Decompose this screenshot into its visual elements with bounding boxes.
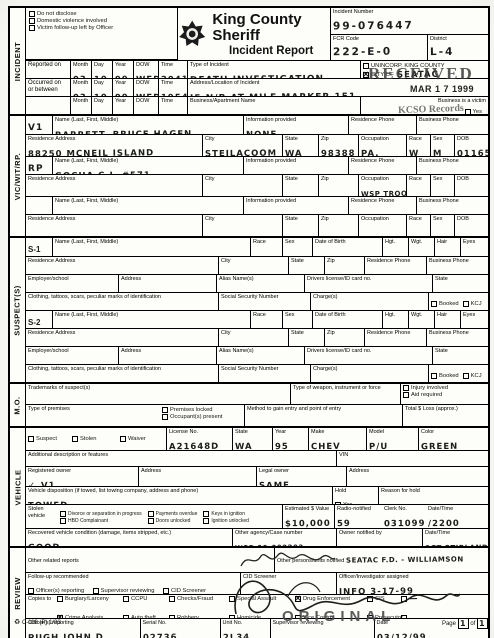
yes-label: Yes: [473, 109, 482, 115]
suspect-name-cell: Name (Last, First, Middle): [52, 238, 250, 256]
race-cell: Race: [250, 311, 282, 328]
checkbox: [229, 596, 235, 602]
registered-owner-label: Registered owner: [28, 468, 136, 475]
time-value: 2041: [161, 74, 187, 78]
section-vehicle: VEHICLE SuspectStolenWaiver VictimRecove…: [10, 426, 488, 546]
occupation-value: PA.: [361, 148, 380, 156]
occupation-label: Occupation: [361, 136, 404, 143]
reported-on-cell: Reported on: [26, 61, 70, 78]
occurred-day-cell: Day10: [91, 79, 112, 96]
person-code-cell: RP: [26, 157, 52, 174]
unincorp-label: UNINCORP. KING COUNTY: [371, 63, 445, 69]
city-label: City: [205, 176, 280, 183]
condition-label: Recovered vehicle condition (damage, ite…: [28, 530, 230, 537]
alias-cell: Alias Name(s): [216, 347, 304, 364]
cis-label: CIS: [375, 596, 385, 602]
incident-number-value: 99-076447: [333, 20, 414, 31]
booked-label: Booked: [439, 373, 459, 379]
ssn-cell: Social Security Number: [218, 293, 310, 310]
title-line2: Incident Report: [212, 45, 330, 57]
occupation-label: Occupation: [361, 176, 404, 183]
datetime-value: /2200: [428, 518, 460, 528]
disposition-cell: Vehicle disposition (if towed, list towi…: [26, 487, 332, 504]
alias-cell: Alias Name(s): [216, 275, 304, 292]
dow-label: DOW: [136, 80, 156, 87]
dob-label: Date of Birth: [315, 312, 380, 319]
trademarks-cell: Trademarks of suspect(s): [26, 384, 290, 404]
unincorp-option: UNINCORP. KING COUNTY: [363, 63, 486, 69]
hair-label: Hair: [437, 239, 458, 246]
residence-address-cell: Residence Address: [26, 329, 218, 346]
incident-content: Do not disclose Domestic violence involv…: [26, 8, 488, 114]
info-label: Information provided: [246, 198, 346, 205]
city-of-value: SEATAC: [397, 70, 439, 78]
vehicle-section-label-text: VEHICLE: [13, 469, 22, 505]
zip-label: Zip: [321, 216, 356, 223]
total-loss-cell: Total $ Loss (approx.): [402, 405, 488, 426]
waiver-label: Waiver: [128, 436, 146, 442]
address-label: Address: [349, 468, 486, 475]
kcj-label: KCJ: [471, 301, 482, 307]
checkbox: [463, 301, 469, 307]
hbd-label: HBD Complainant: [68, 518, 108, 524]
checkbox: [148, 511, 154, 517]
city-of-label: CITY OF: [371, 72, 394, 78]
registered-owner-address-cell: Address: [138, 467, 256, 486]
zip-cell: Zip: [318, 215, 358, 236]
suspects-content: S-1 Name (Last, First, Middle) Race Sex …: [26, 238, 488, 382]
review-section-label-text: REVIEW: [13, 577, 22, 610]
race-cell: Race: [406, 175, 430, 196]
checks-fraud-option: Checks/Fraud: [169, 596, 225, 602]
suspect-vehicle-option: Suspect: [28, 436, 68, 442]
zip-cell: Zip: [324, 257, 364, 274]
suspect-code-cell: S-1: [26, 238, 52, 256]
sex-cell: Sex: [430, 175, 454, 196]
checkbox: [123, 596, 129, 602]
state-cell: State: [288, 257, 324, 274]
followup-label: Follow-up recommended: [28, 574, 238, 581]
residence-phone-label: Residence Phone: [367, 258, 424, 265]
other-agency-label: Other agency/Case number: [235, 530, 334, 537]
page-label: Page: [442, 621, 456, 627]
persons-notified-line1: SEATAC F.D. - WILLIAMSON: [346, 554, 464, 565]
business-name-label: Business/Apartment Name: [190, 98, 358, 105]
info-value: NONE: [246, 129, 277, 134]
drivers-license-label: Drivers license/ID card no.: [307, 276, 430, 283]
race-label: Race: [409, 136, 428, 143]
checkbox: [148, 518, 154, 524]
section-mo: M.O. Trademarks of suspect(s) Type of we…: [10, 382, 488, 426]
injury-label: Injury involved: [411, 385, 448, 391]
reason-for-hold-label: Reason for hold: [381, 488, 486, 495]
race-label: Race: [253, 239, 280, 246]
flag-label: Do not disclose: [37, 11, 77, 17]
occurred-year-cell: Year99: [112, 79, 133, 96]
zip-label: Zip: [327, 258, 362, 265]
employer-address-cell: Address: [118, 347, 216, 364]
business-phone-cell: Business Phone: [416, 157, 488, 174]
type-of-incident-label: Type of Incident: [190, 62, 358, 69]
month-label: Month: [73, 98, 89, 105]
stolen-options-col3: Keys in ignition Ignition unlocked: [203, 506, 253, 528]
year-label: Year: [115, 80, 131, 87]
dob-cell: DOB: [454, 215, 488, 236]
make-value: CHEV: [311, 441, 341, 450]
city-label: City: [221, 330, 286, 337]
cid-screener-label: CID Screener: [243, 574, 334, 581]
type-of-incident-value: DEATH INVESTIGATION: [190, 74, 324, 78]
alias-label: Alias Name(s): [219, 276, 302, 283]
year-value: 99: [115, 92, 129, 96]
jurisdiction-cell: UNINCORP. KING COUNTY CITY OFSEATAC: [360, 61, 488, 78]
zip-cell: Zip: [318, 175, 358, 196]
injury-aid-cell: Injury involved Aid required: [400, 384, 488, 404]
person-name-cell: Name (Last, First, Middle): [52, 197, 243, 214]
fcr-code-value: 222-E-0: [333, 47, 392, 58]
premises-checks-cell: Premises locked Occupant(s) present: [160, 405, 244, 426]
registered-owner-cell: Registered owner✓ V1: [26, 467, 138, 486]
condition-cell: Recovered vehicle condition (damage, ite…: [26, 529, 232, 546]
zip-label: Zip: [327, 330, 362, 337]
special-assault-option: Special Assault: [229, 596, 291, 602]
blank-option: —: [401, 595, 419, 604]
vehicle-disposition-row: Vehicle disposition (if towed, list towi…: [26, 486, 488, 504]
business-phone-label: Business Phone: [419, 158, 486, 165]
registered-owner-value: V1: [41, 480, 56, 486]
stolen-vehicle-checks-cell: Stolen vehicle Divorce or separation in …: [26, 505, 282, 528]
booking-checks-cell: BookedKCJ CitedYSC: [428, 365, 488, 382]
form-code: ♻ C-118 (P) 1/93: [14, 618, 61, 626]
legal-owner-value: SAME: [259, 480, 290, 486]
incident-number-row: Incident Number 99-076447: [331, 8, 488, 35]
mo-section-label: M.O.: [10, 384, 26, 426]
vin-cell: VIN2GCEC1958S1203667: [336, 451, 488, 466]
sex-cell: Sex: [282, 238, 312, 256]
name-label: Name (Last, First, Middle): [55, 158, 241, 165]
related-reports-row: Other related reportsDEATH INVEST. CHECK…: [26, 548, 488, 572]
checkbox: [162, 414, 168, 420]
vehicle-status-checks-cell: SuspectStolenWaiver VictimRecoveredImpou…: [26, 428, 166, 450]
title-text: King County Sheriff Incident Report: [212, 12, 330, 57]
residence-address-cell: Residence Address88250 MCNEIL ISLAND: [26, 135, 202, 156]
occupants-present-label: Occupant(s) present: [170, 414, 223, 420]
dob-label: DOB: [457, 176, 486, 183]
business-phone-label: Business Phone: [419, 117, 486, 124]
city-cell: City: [202, 175, 282, 196]
city-cell: City: [218, 329, 288, 346]
occurred-month-cell: Month03: [70, 79, 91, 96]
clothing-marks-cell: Clothing, tattoos, scars, peculiar marks…: [26, 293, 218, 310]
dl-state-label: State: [435, 276, 486, 283]
state-label: State: [291, 258, 322, 265]
drivers-license-label: Drivers license/ID card no.: [307, 348, 430, 355]
hold-label: Hold: [335, 488, 376, 495]
year-label: Year: [275, 429, 306, 436]
investigator-assigned-label: Officer/Investigator assigned: [339, 574, 486, 581]
race-cell: Race: [250, 238, 282, 256]
hold-cell: HoldYes: [332, 487, 378, 504]
eyes-cell: Eyes: [460, 238, 488, 256]
doors-unlocked-option: Doors unlocked: [148, 518, 198, 524]
vehicle-state-cell: StateWA: [232, 428, 272, 450]
officer-reporting-option: Officer(s) reporting: [28, 588, 84, 594]
model-value: P/U: [369, 441, 388, 450]
dl-state-cell: State: [432, 275, 488, 292]
occupation-value: WSP TROOPER: [361, 188, 406, 196]
kcj-label: KCJ: [471, 373, 482, 379]
state-cell: State: [282, 215, 318, 236]
checkbox: [203, 511, 209, 517]
zip-label: Zip: [321, 136, 356, 143]
total-loss-label: Total $ Loss (approx.): [405, 406, 486, 413]
sheriff-badge-icon: [178, 17, 206, 51]
checkbox: [363, 72, 369, 78]
mo-premises-row: Type of premises Premises locked Occupan…: [26, 404, 488, 426]
residence-address-label: Residence Address: [28, 330, 216, 337]
address-label: Address: [141, 468, 254, 475]
owner-notified-cell: Owner notified by—: [336, 529, 422, 546]
city-cell: CitySTEILACOOM: [202, 135, 282, 156]
license-value: A21648D: [169, 441, 219, 450]
method-of-entry-cell: Method to gain entry and point of entry: [244, 405, 402, 426]
state-label: State: [285, 136, 316, 143]
legal-owner-label: Legal owner: [259, 468, 344, 475]
employer-address-label: Address: [121, 276, 214, 283]
dob-label: DOB: [457, 216, 486, 223]
checkbox: [72, 436, 78, 442]
sex-label: Sex: [285, 239, 310, 246]
followup-cell: Follow-up recommended Officer(s) reporti…: [26, 573, 240, 594]
state-label: State: [285, 216, 316, 223]
height-cell: Hgt.: [382, 311, 408, 328]
alias-label: Alias Name(s): [219, 348, 302, 355]
dl-state-label: State: [435, 348, 486, 355]
info-label: Information provided: [246, 117, 346, 124]
employer-address-label: Address: [121, 348, 214, 355]
checkbox: [120, 436, 126, 442]
owner-notified-value: —: [339, 542, 349, 546]
weight-label: Wgt.: [411, 239, 432, 246]
person-code: V1: [28, 123, 43, 133]
eyes-cell: Eyes: [460, 311, 488, 328]
reported-row: Reported on Month03 Day10 Year99 DOWWED …: [26, 60, 488, 78]
city-cell: City: [218, 257, 288, 274]
checkbox: [28, 588, 34, 594]
vehicle-year-cell: Year95: [272, 428, 308, 450]
form-footer: ♻ C-118 (P) 1/93 Page 1 of 1: [8, 616, 490, 629]
vicwitrp-section-label: VIC/WIT/RP.: [10, 116, 26, 236]
make-label: Make: [311, 429, 364, 436]
address-location-label: Address/Location of Incident: [190, 80, 486, 87]
stolen-options-col1: Divorce or separation in progress HBD Co…: [60, 506, 146, 528]
ignition-unlocked-option: Ignition unlocked: [203, 518, 249, 524]
incident-report-form: INCIDENT Do not disclose Domestic violen…: [8, 6, 490, 638]
persons-content: V1 Name (Last, First, Middle)BARRETT, BR…: [26, 116, 488, 236]
checkbox: [28, 436, 34, 442]
blank-time-cell: Time: [158, 97, 187, 114]
year-label: Year: [115, 62, 131, 69]
other-agency-cell: Other agency/Case numberWSP 99-002203: [232, 529, 336, 546]
info-provided-cell: Information provided: [243, 157, 348, 174]
height-label: Hgt.: [385, 239, 406, 246]
residence-phone-label: Residence Phone: [351, 158, 414, 165]
copies-to-row: Copies to Burglary/LarcenyCCPUChecks/Fra…: [26, 594, 488, 618]
recovered-condition-row: Recovered vehicle condition (damage, ite…: [26, 528, 488, 546]
year-value: 99: [115, 74, 129, 78]
form-code-text: C-118 (P) 1/93: [22, 620, 61, 626]
vehicle-color-cell: ColorGREEN: [418, 428, 488, 450]
clothing-marks-cell: Clothing, tattoos, scars, peculiar marks…: [26, 365, 218, 382]
zip-cell: Zip: [324, 329, 364, 346]
eyes-label: Eyes: [463, 312, 486, 319]
clerk-no-cell: Clerk No.031099: [382, 505, 426, 528]
checkbox: [335, 502, 341, 505]
dl-state-cell: State: [432, 347, 488, 364]
followup-row: Follow-up recommended Officer(s) reporti…: [26, 572, 488, 594]
mo-section-label-text: M.O.: [13, 396, 22, 414]
suspects-section-label-text: SUSPECT(S): [13, 285, 22, 335]
checkbox: [431, 373, 437, 379]
page-number-box: 1: [458, 618, 469, 629]
charges-cell: Charge(s): [310, 365, 428, 382]
vehicle-owner-row: Registered owner✓ V1 Address Legal owner…: [26, 466, 488, 486]
stolen-vehicle-row: Stolen vehicle Divorce or separation in …: [26, 504, 488, 528]
incident-number-cell: Incident Number 99-076447: [331, 8, 488, 34]
person-code: RP: [28, 164, 44, 174]
disposition-label: Vehicle disposition (if towed, list towi…: [28, 488, 330, 495]
booking-checks-cell: BookedKCJ CitedYSC: [428, 293, 488, 310]
divorce-label: Divorce or separation in progress: [68, 511, 142, 517]
vehicle-description-row: Additional description or features VIN2G…: [26, 450, 488, 466]
person-code-cell: V1: [26, 116, 52, 134]
residence-phone-cell: Residence Phone: [348, 157, 416, 174]
employer-cell: Employer/school: [26, 275, 118, 292]
page-indicator: Page 1 of 1: [442, 618, 488, 629]
dob-cell: DOB: [454, 175, 488, 196]
state-cell: State: [288, 329, 324, 346]
state-label: State: [291, 330, 322, 337]
residence-phone-label: Residence Phone: [351, 198, 414, 205]
residence-address-label: Residence Address: [28, 216, 200, 223]
suspect-name-cell: Name (Last, First, Middle): [52, 311, 250, 328]
residence-address-label: Residence Address: [28, 258, 216, 265]
dow-label: DOW: [136, 62, 156, 69]
estimated-value-label: Estimated $ Value: [285, 506, 332, 513]
checkbox: [295, 596, 301, 602]
ssn-label: Social Security Number: [221, 366, 308, 373]
incident-section-label: INCIDENT: [10, 8, 26, 114]
checkbox: [465, 109, 471, 115]
investigator-assigned-value: INFO 3-17-99: [339, 586, 414, 594]
title-line1: King County Sheriff: [212, 12, 330, 44]
business-phone-label: Business Phone: [429, 330, 486, 337]
day-value: 10: [94, 92, 108, 96]
city-of-option: CITY OFSEATAC: [363, 70, 482, 78]
employer-label: Employer/school: [28, 276, 116, 283]
hair-cell: Hair: [434, 311, 460, 328]
aid-label: Aid required: [411, 392, 442, 398]
date-of-birth-cell: Date of Birth: [312, 311, 382, 328]
clothing-marks-label: Clothing, tattoos, scars, peculiar marks…: [28, 366, 216, 373]
residence-phone-label: Residence Phone: [367, 330, 424, 337]
vehicle-model-cell: ModelP/U: [366, 428, 418, 450]
radio-notified-cell: Radio-notified59: [334, 505, 382, 528]
sex-cell: Sex: [282, 311, 312, 328]
city-cell: City: [202, 215, 282, 236]
dob-label: Date of Birth: [315, 239, 380, 246]
impound-datetime-cell: Date/Time/2200: [426, 505, 488, 528]
suspect-vehicle-label: Suspect: [36, 436, 57, 442]
residence-phone-cell: Residence Phone: [364, 329, 426, 346]
district-cell: District L-4: [427, 35, 488, 61]
vehicle-content: SuspectStolenWaiver VictimRecoveredImpou…: [26, 428, 488, 546]
premises-label: Type of premises: [28, 406, 158, 413]
residence-address-label: Residence Address: [28, 176, 200, 183]
section-victims-witnesses: VIC/WIT/RP. V1 Name (Last, First, Middle…: [10, 114, 488, 236]
cid-screener-label: CID Screener: [171, 588, 206, 594]
suspect2-employer-row: Employer/school Address Alias Name(s) Dr…: [26, 346, 488, 364]
trademarks-label: Trademarks of suspect(s): [28, 385, 288, 392]
checkbox: [60, 511, 66, 517]
notified-datetime-cell: Date/TimeSGT STIRLAND: [422, 529, 488, 546]
sex-value: M: [433, 148, 443, 156]
sex-label: Sex: [285, 312, 310, 319]
section-incident: INCIDENT Do not disclose Domestic violen…: [10, 8, 488, 114]
drivers-license-cell: Drivers license/ID card no.: [304, 275, 432, 292]
legal-owner-address-cell: Address: [346, 467, 488, 486]
checks-fraud-label: Checks/Fraud: [177, 596, 213, 602]
person-rp-name-row: RP Name (Last, First, Middle)GOCHA C.J. …: [26, 156, 488, 174]
employer-address-cell: Address: [118, 275, 216, 292]
height-label: Hgt.: [385, 312, 406, 319]
section-suspects: SUSPECT(S) S-1 Name (Last, First, Middle…: [10, 236, 488, 382]
name-label: Name (Last, First, Middle): [55, 198, 241, 205]
name-value: BARRETT, BRUCE HAGEN: [55, 129, 192, 134]
business-name-cell: Business/Apartment Name: [187, 97, 360, 114]
suspect2-name-row: S-2 Name (Last, First, Middle) Race Sex …: [26, 310, 488, 328]
page-total: 1: [479, 619, 486, 629]
clerk-no-value: 031099: [384, 518, 426, 528]
dob-label: DOB: [457, 136, 486, 143]
officer-reporting-label: Officer(s) reporting: [36, 588, 84, 594]
hold-yes-label: Yes: [343, 502, 352, 505]
business-phone-label: Business Phone: [429, 258, 486, 265]
suspect-code-cell: S-2: [26, 311, 52, 328]
date-of-birth-cell: Date of Birth: [312, 238, 382, 256]
drivers-license-cell: Drivers license/ID card no.: [304, 347, 432, 364]
checkbox: [363, 63, 369, 69]
flag-victim-followup: Victim follow-up left by Officer: [29, 25, 174, 31]
mo-content: Trademarks of suspect(s) Type of weapon,…: [26, 384, 488, 426]
hair-label: Hair: [437, 312, 458, 319]
disposition-value: TOWED: [28, 500, 68, 504]
zip-value: 98388: [321, 148, 356, 156]
residence-address-cell: Residence Address: [26, 215, 202, 236]
city-label: City: [221, 258, 286, 265]
weight-label: Wgt.: [411, 312, 432, 319]
burglary-option: Burglary/Larceny: [57, 596, 119, 602]
additional-description-label: Additional description or features: [28, 452, 334, 459]
day-value: 10: [94, 74, 108, 78]
race-label: Race: [253, 312, 280, 319]
race-cell: RaceW: [406, 135, 430, 156]
checkbox: [57, 596, 63, 602]
blank-date-label-cell: [26, 97, 70, 114]
stolen-vehicle-option: Stolen: [72, 436, 116, 442]
supervisor-reviewing-option: Supervisor reviewing: [93, 588, 155, 594]
drug-enforcement-option: Drug Enforcement: [295, 596, 363, 602]
